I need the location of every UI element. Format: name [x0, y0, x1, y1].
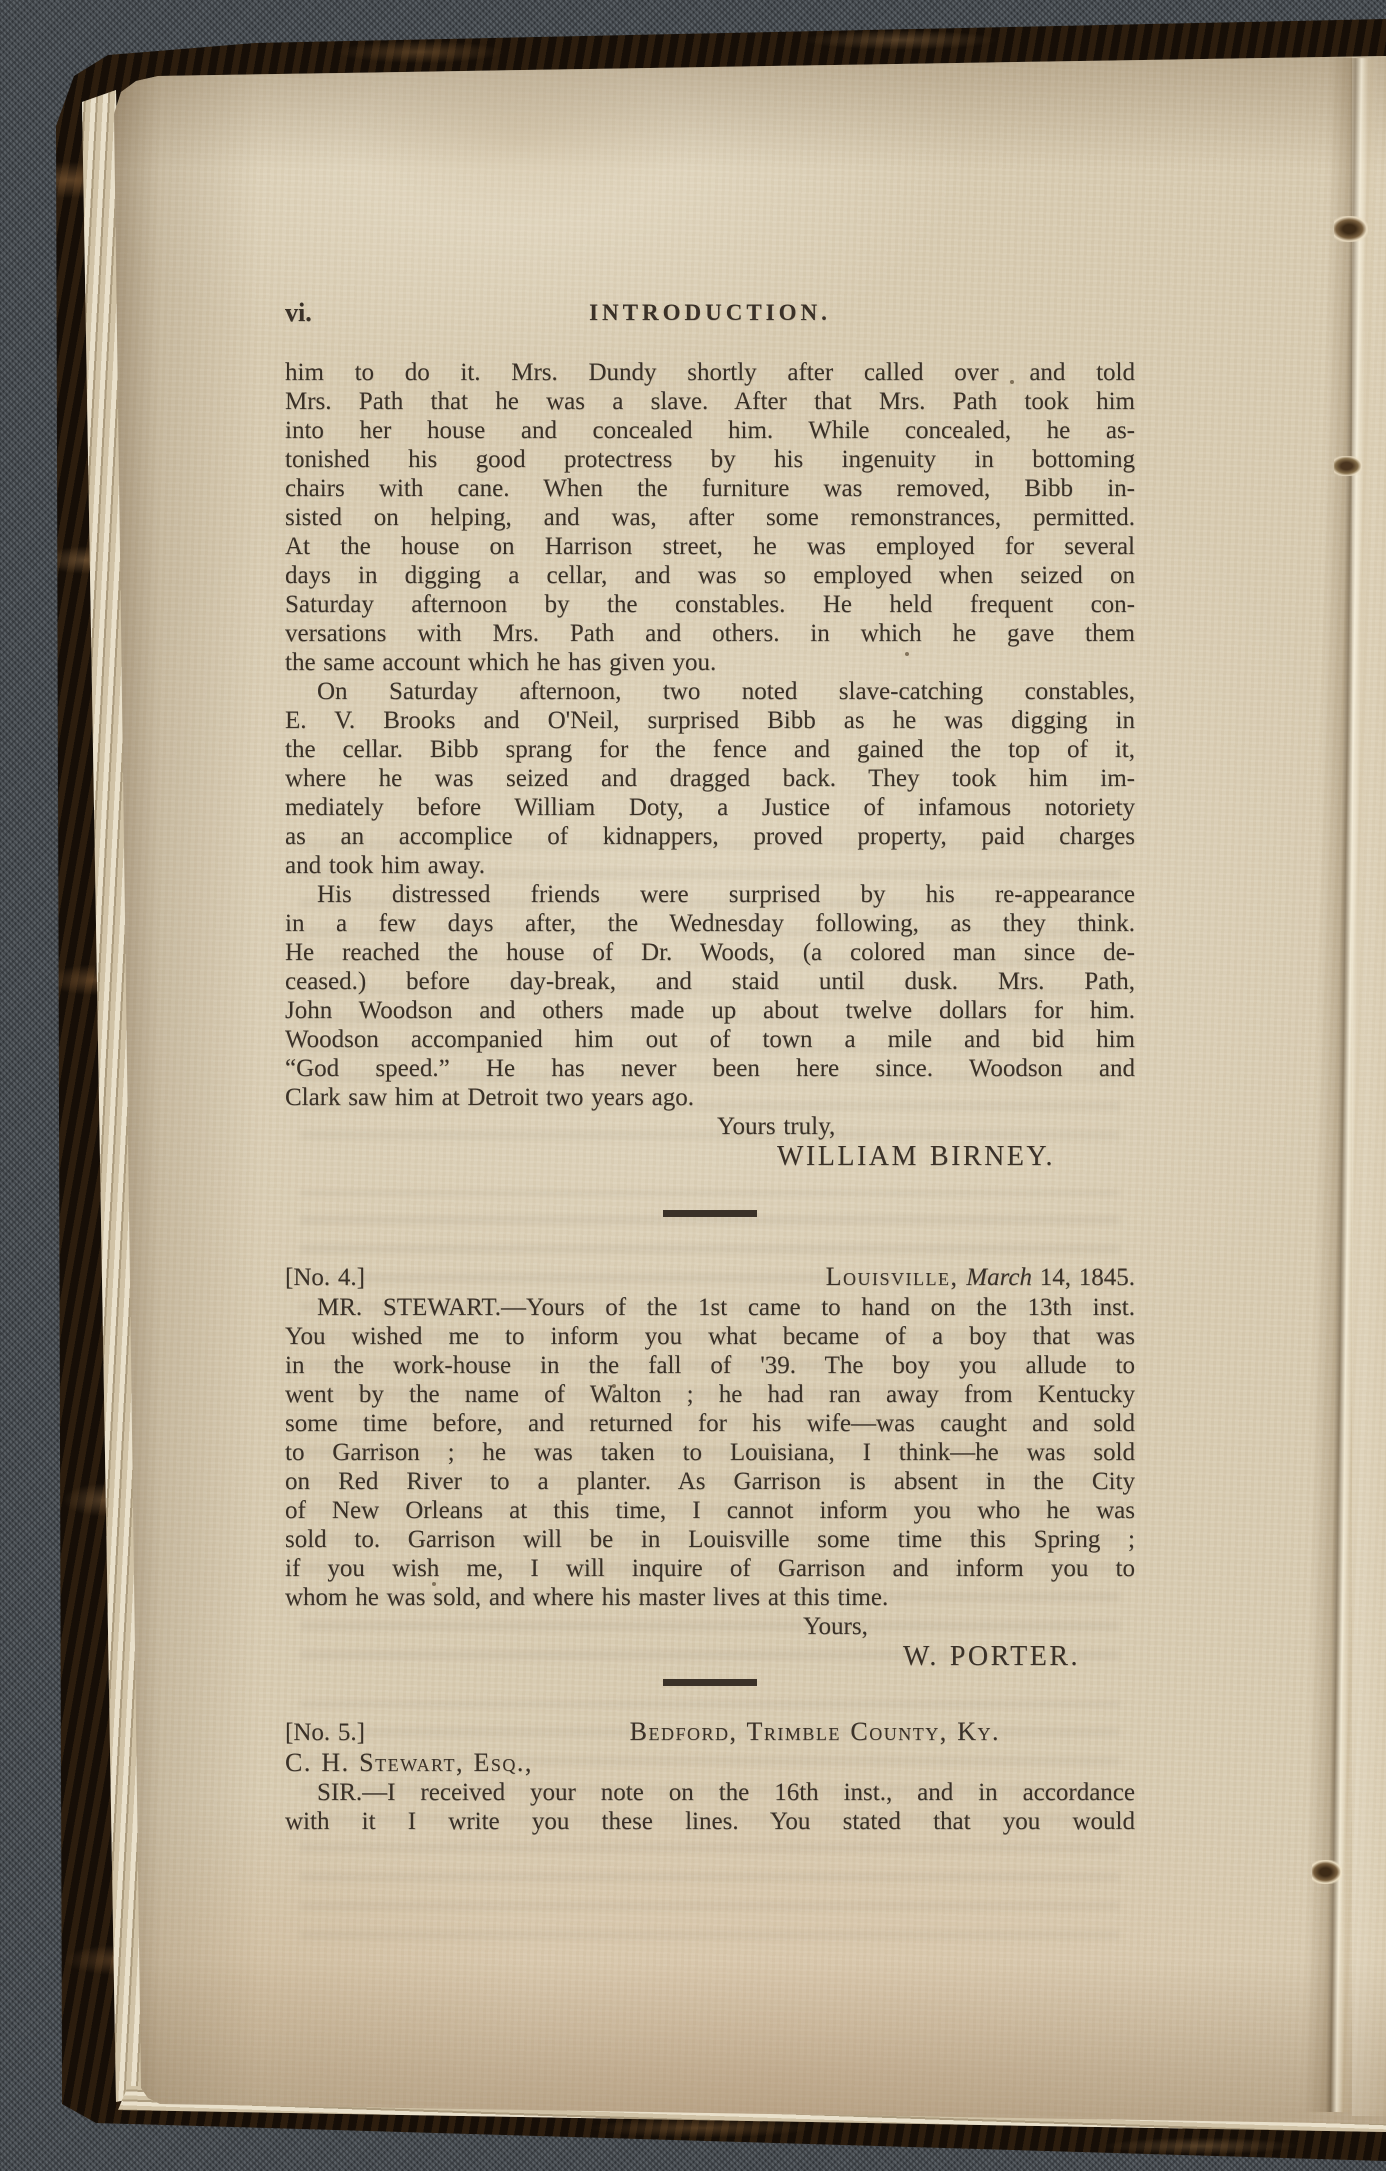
text-line: sisted on helping, and was, after some r… [285, 503, 1135, 532]
signature: WILLIAM BIRNEY. [285, 1141, 1135, 1173]
text-line: At the house on Harrison street, he was … [285, 532, 1135, 561]
text-line: chairs with cane. When the furniture was… [285, 474, 1135, 503]
book-page: vi. INTRODUCTION. him to do it. Mrs. Dun… [0, 0, 1386, 2171]
dust-speck [612, 1384, 616, 1388]
section-divider [663, 1210, 757, 1217]
text-line: where he was seized and dragged back. Th… [285, 764, 1135, 793]
letter-place: Bedford, Trimble County, Ky. [630, 1716, 1135, 1748]
paragraph: His distressed friends were surprised by… [285, 880, 1135, 1112]
paragraph: him to do it. Mrs. Dundy shortly after c… [285, 358, 1135, 677]
dust-speck [1010, 380, 1014, 384]
text-line: versations with Mrs. Path and others. in… [285, 619, 1135, 648]
text-line: as an accomplice of kidnappers, proved p… [285, 822, 1135, 851]
letter-heading: [No. 5.] Bedford, Trimble County, Ky. [285, 1716, 1135, 1748]
text-line: days in digging a cellar, and was so emp… [285, 561, 1135, 590]
text-line: some time before, and returned for his w… [285, 1409, 1135, 1438]
text-line: You wished me to inform you what became … [285, 1322, 1135, 1351]
text-line: mediately before William Doty, a Justice… [285, 793, 1135, 822]
signature: W. PORTER. [285, 1641, 1135, 1673]
letter-number: [No. 5.] [285, 1717, 365, 1749]
text-line: His distressed friends were surprised by… [285, 880, 1135, 909]
text-line: On Saturday afternoon, two noted slave-c… [285, 677, 1135, 706]
section-divider [663, 1679, 757, 1686]
valediction: Yours truly, [285, 1112, 1135, 1141]
text-line: into her house and concealed him. While … [285, 416, 1135, 445]
text-line: Mrs. Path that he was a slave. After tha… [285, 387, 1135, 416]
letter-place: Louisville, [826, 1262, 959, 1291]
text-line: of New Orleans at this time, I cannot in… [285, 1496, 1135, 1525]
text-line: tonished his good protectress by his ing… [285, 445, 1135, 474]
dust-speck [905, 652, 909, 656]
dust-speck [432, 1582, 436, 1586]
text-line: the cellar. Bibb sprang for the fence an… [285, 735, 1135, 764]
letter-date: 14, 1845. [1040, 1264, 1135, 1291]
letter-dateline: Louisville, March 14, 1845. [826, 1261, 1135, 1294]
paragraph: On Saturday afternoon, two noted slave-c… [285, 677, 1135, 880]
text-line: SIR.—I received your note on the 16th in… [285, 1778, 1135, 1807]
text-line: went by the name of Walton ; he had ran … [285, 1380, 1135, 1409]
text-line: to Garrison ; he was taken to Louisiana,… [285, 1438, 1135, 1467]
letter-body: MR. STEWART.—Yours of the 1st came to ha… [285, 1293, 1135, 1612]
letter-month: March [966, 1264, 1032, 1291]
text-line: Saturday afternoon by the constables. He… [285, 590, 1135, 619]
text-line: him to do it. Mrs. Dundy shortly after c… [285, 358, 1135, 387]
text-line: in the work-house in the fall of '39. Th… [285, 1351, 1135, 1380]
text-line: He reached the house of Dr. Woods, (a co… [285, 938, 1135, 967]
text-line: MR. STEWART.—Yours of the 1st came to ha… [285, 1293, 1135, 1322]
text-line: “God speed.” He has never been here sinc… [285, 1054, 1135, 1083]
text-line: if you wish me, I will inquire of Garris… [285, 1554, 1135, 1583]
running-title: INTRODUCTION. [285, 298, 1135, 328]
text-line: ceased.) before day-break, and staid unt… [285, 967, 1135, 996]
letter-number: [No. 4.] [285, 1262, 365, 1294]
binding-notch [1312, 1860, 1342, 1884]
text-block: vi. INTRODUCTION. him to do it. Mrs. Dun… [285, 298, 1135, 1836]
running-head: vi. INTRODUCTION. [285, 298, 1135, 328]
text-line: John Woodson and others made up about tw… [285, 996, 1135, 1025]
text-line: on Red River to a planter. As Garrison i… [285, 1467, 1135, 1496]
scanned-book-photo: vi. INTRODUCTION. him to do it. Mrs. Dun… [0, 0, 1386, 2171]
text-line: Woodson accompanied him out of town a mi… [285, 1025, 1135, 1054]
text-line: with it I write you these lines. You sta… [285, 1807, 1135, 1836]
text-line: sold to. Garrison will be in Louisville … [285, 1525, 1135, 1554]
text-line: in a few days after, the Wednesday follo… [285, 909, 1135, 938]
valediction: Yours, [285, 1612, 1135, 1641]
letter-heading: [No. 4.] Louisville, March 14, 1845. [285, 1261, 1135, 1293]
binding-notch [1334, 216, 1368, 242]
letter-addressee: C. H. Stewart, Esq., [285, 1748, 1135, 1778]
binding-notch [1334, 456, 1362, 476]
page-number: vi. [285, 298, 312, 328]
text-line: E. V. Brooks and O'Neil, surprised Bibb … [285, 706, 1135, 735]
letter-body: SIR.—I received your note on the 16th in… [285, 1778, 1135, 1836]
page-fold-highlight [1352, 56, 1386, 2116]
